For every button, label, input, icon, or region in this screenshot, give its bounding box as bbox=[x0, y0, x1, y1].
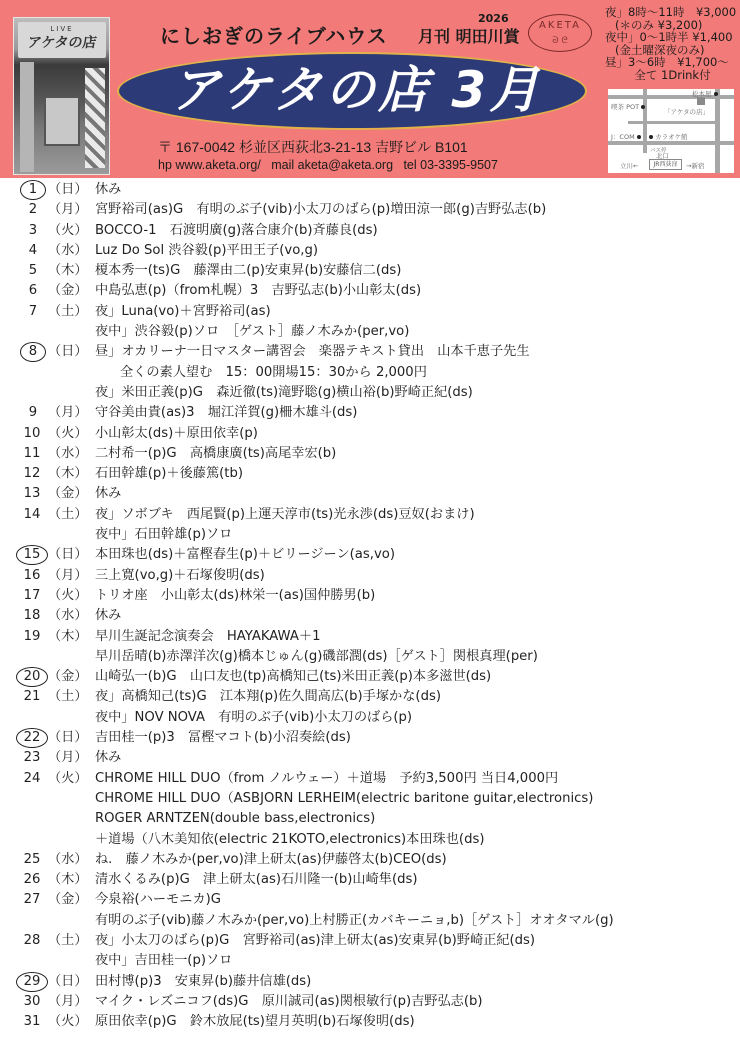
schedule-row: 23（月）休み bbox=[0, 748, 740, 768]
event-text: 夜中」渋谷毅(p)ソロ ［ゲスト］藤ノ木みか(per,vo) bbox=[95, 322, 409, 342]
day-number: 28 bbox=[16, 931, 48, 951]
schedule-row: 29（日）田村博(p)3 安東昇(b)藤井信雄(ds) bbox=[0, 972, 740, 992]
day-number: 6 bbox=[20, 281, 46, 301]
schedule-row: 30（月）マイク・レズニコフ(ds)G 原川誠司(as)関根敏行(p)吉野弘志(… bbox=[0, 992, 740, 1012]
map-road bbox=[628, 121, 718, 124]
day-of-week: （月） bbox=[48, 566, 88, 586]
storefront-photo: LIVE アケタの店 bbox=[13, 17, 110, 175]
event-text: 清水くるみ(p)G 津上研太(as)石川隆一(b)山崎隼(ds) bbox=[95, 870, 418, 890]
day-of-week: （火） bbox=[48, 424, 88, 444]
monthly-schedule: 1（日）休み2（月）宮野裕司(as)G 有明のぶ子(vib)小太刀のばら(p)増… bbox=[0, 180, 740, 1032]
day-number: 31 bbox=[16, 1012, 48, 1032]
day-number: 11 bbox=[16, 444, 48, 464]
event-text: 休み bbox=[95, 484, 121, 504]
event-text: ＋道場（八木美知依(electric 21KOTO,electronics)本田… bbox=[95, 830, 484, 850]
photo-sign-live: LIVE bbox=[18, 22, 106, 34]
event-text: 夜」米田正義(p)G 森近徹(ts)滝野聡(g)横山裕(b)野崎正紀(ds) bbox=[95, 383, 473, 403]
event-text: 夜」小太刀のばら(p)G 宮野裕司(as)津上研太(as)安東昇(b)野崎正紀(… bbox=[95, 931, 535, 951]
day-of-week: （木） bbox=[48, 870, 88, 890]
schedule-row: 3（火）BOCCO-1 石渡明廣(g)落合康介(b)斉藤良(ds) bbox=[0, 221, 740, 241]
schedule-row: 18（水）休み bbox=[0, 606, 740, 626]
schedule-row: 27（金）今泉裕(ハーモニカ)G bbox=[0, 890, 740, 910]
schedule-row: 13（金）休み bbox=[0, 484, 740, 504]
day-of-week: （日） bbox=[48, 972, 88, 992]
day-of-week: （金） bbox=[48, 484, 88, 504]
day-of-week: （火） bbox=[48, 769, 88, 789]
event-text: 三上寛(vo,g)＋石塚俊明(ds) bbox=[95, 566, 265, 586]
day-of-week: （火） bbox=[48, 221, 88, 241]
swirl-icon: ᘐ ᘓ bbox=[529, 37, 591, 45]
day-number-circled: 20 bbox=[16, 667, 48, 687]
day-number-circled: 29 bbox=[16, 972, 48, 992]
contact-info: hp www.aketa.org/ mail aketa@aketa.org t… bbox=[158, 158, 498, 172]
publication-label: 月刊 明田川賞 bbox=[418, 24, 520, 47]
day-of-week: （水） bbox=[48, 850, 88, 870]
day-number: 27 bbox=[16, 890, 48, 910]
event-text: 早川生誕記念演奏会 HAYAKAWA＋1 bbox=[95, 627, 320, 647]
event-text: 中島弘恵(p)（from札幌）3 吉野弘志(b)小山彰太(ds) bbox=[95, 281, 421, 301]
day-of-week: （水） bbox=[48, 606, 88, 626]
day-of-week: （月） bbox=[48, 200, 88, 220]
schedule-row: 夜中」NOV NOVA 有明のぶ子(vib)小太刀のばら(p) bbox=[0, 708, 740, 728]
schedule-row: 20（金）山崎弘一(b)G 山口友也(tp)高橋知己(ts)米田正義(p)本多滋… bbox=[0, 667, 740, 687]
day-number: 7 bbox=[20, 302, 46, 322]
event-text: 有明のぶ子(vib)藤ノ木みか(per,vo)上村勝正(カバキーニョ,b)［ゲス… bbox=[95, 911, 614, 931]
day-of-week: （水） bbox=[48, 444, 88, 464]
day-number: 18 bbox=[16, 606, 48, 626]
schedule-row: 夜中」渋谷毅(p)ソロ ［ゲスト］藤ノ木みか(per,vo) bbox=[0, 322, 740, 342]
event-text: 休み bbox=[95, 180, 121, 200]
schedule-row: 10（火）小山彰太(ds)＋原田依幸(p) bbox=[0, 424, 740, 444]
map-label-tachikawa: 立川← bbox=[620, 161, 638, 170]
day-of-week: （木） bbox=[48, 627, 88, 647]
hours-line: 夜中」0〜1時半 ¥1,400 bbox=[605, 31, 740, 44]
event-text: CHROME HILL DUO（from ノルウェー）＋道場 予約3,500円 … bbox=[95, 769, 558, 789]
day-of-week: （金） bbox=[48, 281, 88, 301]
day-number: 14 bbox=[16, 505, 48, 525]
event-text: 夜」Luna(vo)＋宮野裕司(as) bbox=[95, 302, 271, 322]
event-text: 榎本秀一(ts)G 藤澤由二(p)安東昇(b)安藤信二(ds) bbox=[95, 261, 401, 281]
event-text: 夜」高橋知己(ts)G 江本翔(p)佐久間高広(b)手塚かな(ds) bbox=[95, 687, 441, 707]
schedule-row: 25（水）ね. 藤ノ木みか(per,vo)津上研太(as)伊藤啓太(b)CEO(… bbox=[0, 850, 740, 870]
event-text: 休み bbox=[95, 748, 121, 768]
day-of-week: （金） bbox=[48, 667, 88, 687]
day-of-week: （月） bbox=[48, 403, 88, 423]
event-text: ね. 藤ノ木みか(per,vo)津上研太(as)伊藤啓太(b)CEO(ds) bbox=[95, 850, 447, 870]
stamp-text: AKETA bbox=[539, 20, 581, 31]
day-number: 19 bbox=[16, 627, 48, 647]
event-text: 吉田桂一(p)3 冨樫マコト(b)小沼奏絵(ds) bbox=[95, 728, 351, 748]
aketa-stamp-logo: AKETA ᘐ ᘓ bbox=[528, 14, 592, 52]
photo-wall-right bbox=[85, 68, 105, 168]
schedule-row: 有明のぶ子(vib)藤ノ木みか(per,vo)上村勝正(カバキーニョ,b)［ゲス… bbox=[0, 911, 740, 931]
day-of-week: （木） bbox=[48, 261, 88, 281]
day-number-circled: 15 bbox=[16, 545, 48, 565]
access-map: 松本屋 喫茶 POT 「アケタの店」 J：COM カラオケ館 バス停 北口 立川… bbox=[608, 89, 734, 173]
event-text: CHROME HILL DUO（ASBJORN LERHEIM(electric… bbox=[95, 789, 593, 809]
hours-line: 夜」8時〜11時 ¥3,000 bbox=[605, 6, 740, 19]
schedule-row: 17（火）トリオ座 小山彰太(ds)林栄一(as)国仲勝男(b) bbox=[0, 586, 740, 606]
page-title: アケタの店 3月 bbox=[170, 58, 542, 122]
photo-door bbox=[44, 96, 80, 146]
photo-sign-name: アケタの店 bbox=[17, 34, 108, 52]
event-text: 夜中」吉田桂一(p)ソロ bbox=[95, 951, 232, 971]
event-text: 夜」ソボブキ 西尾賢(p)上運天淳市(ts)光永渉(ds)豆奴(おまけ) bbox=[95, 505, 475, 525]
schedule-row: ＋道場（八木美知依(electric 21KOTO,electronics)本田… bbox=[0, 830, 740, 850]
map-label-shinjuku: →新宿 bbox=[686, 161, 704, 170]
schedule-row: 24（火）CHROME HILL DUO（from ノルウェー）＋道場 予約3,… bbox=[0, 769, 740, 789]
day-number: 5 bbox=[20, 261, 46, 281]
event-text: 小山彰太(ds)＋原田依幸(p) bbox=[95, 424, 258, 444]
schedule-row: 夜中」石田幹雄(p)ソロ bbox=[0, 525, 740, 545]
event-text: Luz Do Sol 渋谷毅(p)平田王子(vo,g) bbox=[95, 241, 318, 261]
map-label-jcom: J：COM bbox=[611, 132, 641, 141]
event-text: 早川岳晴(b)赤澤洋次(g)橋本じゅん(g)磯部潤(ds)［ゲスト］関根真理(p… bbox=[95, 647, 538, 667]
schedule-row: 2（月）宮野裕司(as)G 有明のぶ子(vib)小太刀のばら(p)増田涼一郎(g… bbox=[0, 200, 740, 220]
day-of-week: （日） bbox=[48, 545, 88, 565]
event-text: 山崎弘一(b)G 山口友也(tp)高橋知己(ts)米田正義(p)本多滋世(ds) bbox=[95, 667, 491, 687]
day-number-circled: 22 bbox=[16, 728, 48, 748]
event-text: BOCCO-1 石渡明廣(g)落合康介(b)斉藤良(ds) bbox=[95, 221, 378, 241]
day-number: 30 bbox=[16, 992, 48, 1012]
map-road bbox=[608, 141, 734, 145]
hours-pricing: 夜」8時〜11時 ¥3,000 (＊のみ ¥3,200) 夜中」0〜1時半 ¥1… bbox=[605, 6, 740, 81]
schedule-row: 21（土）夜」高橋知己(ts)G 江本翔(p)佐久間高広(b)手塚かな(ds) bbox=[0, 687, 740, 707]
day-number: 12 bbox=[16, 464, 48, 484]
schedule-row: 12（木）石田幹雄(p)＋後藤篤(tb) bbox=[0, 464, 740, 484]
day-number: 25 bbox=[16, 850, 48, 870]
day-number: 17 bbox=[16, 586, 48, 606]
day-number: 10 bbox=[16, 424, 48, 444]
day-of-week: （金） bbox=[48, 890, 88, 910]
schedule-row: 4（水）Luz Do Sol 渋谷毅(p)平田王子(vo,g) bbox=[0, 241, 740, 261]
day-number: 23 bbox=[16, 748, 48, 768]
event-text: 夜中」石田幹雄(p)ソロ bbox=[95, 525, 232, 545]
event-text: 全くの素人望む 15：00開場15：30から 2,000円 bbox=[120, 363, 427, 383]
day-number-circled: 8 bbox=[20, 342, 46, 362]
hours-line: 全て 1Drink付 bbox=[605, 69, 740, 82]
map-label-aketa: 「アケタの店」 bbox=[664, 107, 709, 116]
event-text: 二村希一(p)G 高橋康廣(ts)高尾幸宏(b) bbox=[95, 444, 336, 464]
schedule-row: 8（日）昼」オカリーナ一日マスター講習会 楽器テキスト貸出 山本千恵子先生 bbox=[0, 342, 740, 362]
day-of-week: （土） bbox=[48, 931, 88, 951]
schedule-row: 9（月）守谷美由貴(as)3 堀江洋賀(g)柵木雄斗(ds) bbox=[0, 403, 740, 423]
map-label-matsumotoya: 松本屋 bbox=[692, 89, 718, 98]
map-label-pot: 喫茶 POT bbox=[611, 102, 645, 111]
aketa-building-marker bbox=[697, 97, 705, 105]
day-number: 24 bbox=[16, 769, 48, 789]
address: 〒 167-0042 杉並区西荻北3-21-13 吉野ビル B101 bbox=[158, 137, 468, 157]
schedule-row: 全くの素人望む 15：00開場15：30から 2,000円 bbox=[0, 363, 740, 383]
schedule-row: 5（木）榎本秀一(ts)G 藤澤由二(p)安東昇(b)安藤信二(ds) bbox=[0, 261, 740, 281]
schedule-row: 早川岳晴(b)赤澤洋次(g)橋本じゅん(g)磯部潤(ds)［ゲスト］関根真理(p… bbox=[0, 647, 740, 667]
map-station: JR西荻窪 bbox=[649, 159, 682, 170]
day-number: 9 bbox=[20, 403, 46, 423]
event-text: 夜中」NOV NOVA 有明のぶ子(vib)小太刀のばら(p) bbox=[95, 708, 412, 728]
day-of-week: （土） bbox=[48, 687, 88, 707]
event-text: 守谷美由貴(as)3 堀江洋賀(g)柵木雄斗(ds) bbox=[95, 403, 357, 423]
event-text: 休み bbox=[95, 606, 121, 626]
event-text: ROGER ARNTZEN(double bass,electronics) bbox=[95, 809, 375, 829]
day-of-week: （土） bbox=[48, 505, 88, 525]
day-number: 13 bbox=[16, 484, 48, 504]
day-number: 3 bbox=[20, 221, 46, 241]
schedule-row: 7（土）夜」Luna(vo)＋宮野裕司(as) bbox=[0, 302, 740, 322]
event-text: 今泉裕(ハーモニカ)G bbox=[95, 890, 221, 910]
day-number: 2 bbox=[20, 200, 46, 220]
event-text: 昼」オカリーナ一日マスター講習会 楽器テキスト貸出 山本千恵子先生 bbox=[95, 342, 530, 362]
day-number-circled: 1 bbox=[20, 180, 46, 200]
day-number: 16 bbox=[16, 566, 48, 586]
schedule-row: 22（日）吉田桂一(p)3 冨樫マコト(b)小沼奏絵(ds) bbox=[0, 728, 740, 748]
day-of-week: （日） bbox=[48, 342, 88, 362]
event-text: 石田幹雄(p)＋後藤篤(tb) bbox=[95, 464, 243, 484]
schedule-row: 28（土）夜」小太刀のばら(p)G 宮野裕司(as)津上研太(as)安東昇(b)… bbox=[0, 931, 740, 951]
schedule-row: 6（金）中島弘恵(p)（from札幌）3 吉野弘志(b)小山彰太(ds) bbox=[0, 281, 740, 301]
event-text: 原田依幸(p)G 鈴木放屁(ts)望月英明(b)石塚俊明(ds) bbox=[95, 1012, 415, 1032]
schedule-row: CHROME HILL DUO（ASBJORN LERHEIM(electric… bbox=[0, 789, 740, 809]
map-label-karaoke: カラオケ館 bbox=[649, 132, 687, 141]
day-of-week: （月） bbox=[48, 748, 88, 768]
hours-line: 昼」3〜6時 ¥1,700〜 bbox=[605, 56, 740, 69]
photo-sign: LIVE アケタの店 bbox=[18, 22, 106, 58]
day-number: 26 bbox=[16, 870, 48, 890]
day-of-week: （日） bbox=[48, 180, 88, 200]
day-of-week: （土） bbox=[48, 302, 88, 322]
day-of-week: （木） bbox=[48, 464, 88, 484]
flyer-header: LIVE アケタの店 にしおぎのライブハウス 2026 月刊 明田川賞 AKET… bbox=[0, 0, 740, 178]
photo-wall-left bbox=[20, 62, 34, 172]
day-of-week: （火） bbox=[48, 1012, 88, 1032]
schedule-row: 夜」米田正義(p)G 森近徹(ts)滝野聡(g)横山裕(b)野崎正紀(ds) bbox=[0, 383, 740, 403]
day-of-week: （月） bbox=[48, 992, 88, 1012]
schedule-row: 15（日）本田珠也(ds)＋富樫春生(p)＋ビリージーン(as,vo) bbox=[0, 545, 740, 565]
schedule-row: 16（月）三上寛(vo,g)＋石塚俊明(ds) bbox=[0, 566, 740, 586]
schedule-row: 19（木）早川生誕記念演奏会 HAYAKAWA＋1 bbox=[0, 627, 740, 647]
event-text: 宮野裕司(as)G 有明のぶ子(vib)小太刀のばら(p)増田涼一郎(g)吉野弘… bbox=[95, 200, 546, 220]
schedule-row: 31（火）原田依幸(p)G 鈴木放屁(ts)望月英明(b)石塚俊明(ds) bbox=[0, 1012, 740, 1032]
day-of-week: （日） bbox=[48, 728, 88, 748]
event-text: 本田珠也(ds)＋富樫春生(p)＋ビリージーン(as,vo) bbox=[95, 545, 395, 565]
event-text: マイク・レズニコフ(ds)G 原川誠司(as)関根敏行(p)吉野弘志(b) bbox=[95, 992, 483, 1012]
event-text: 田村博(p)3 安東昇(b)藤井信雄(ds) bbox=[95, 972, 311, 992]
schedule-row: 1（日）休み bbox=[0, 180, 740, 200]
schedule-row: 夜中」吉田桂一(p)ソロ bbox=[0, 951, 740, 971]
schedule-row: ROGER ARNTZEN(double bass,electronics) bbox=[0, 809, 740, 829]
schedule-row: 14（土）夜」ソボブキ 西尾賢(p)上運天淳市(ts)光永渉(ds)豆奴(おまけ… bbox=[0, 505, 740, 525]
tagline: にしおぎのライブハウス bbox=[160, 20, 388, 49]
day-of-week: （水） bbox=[48, 241, 88, 261]
event-text: トリオ座 小山彰太(ds)林栄一(as)国仲勝男(b) bbox=[95, 586, 375, 606]
day-of-week: （火） bbox=[48, 586, 88, 606]
day-number: 4 bbox=[20, 241, 46, 261]
schedule-row: 26（木）清水くるみ(p)G 津上研太(as)石川隆一(b)山崎隼(ds) bbox=[0, 870, 740, 890]
day-number: 21 bbox=[16, 687, 48, 707]
schedule-row: 11（水）二村希一(p)G 高橋康廣(ts)高尾幸宏(b) bbox=[0, 444, 740, 464]
map-road bbox=[715, 89, 720, 173]
